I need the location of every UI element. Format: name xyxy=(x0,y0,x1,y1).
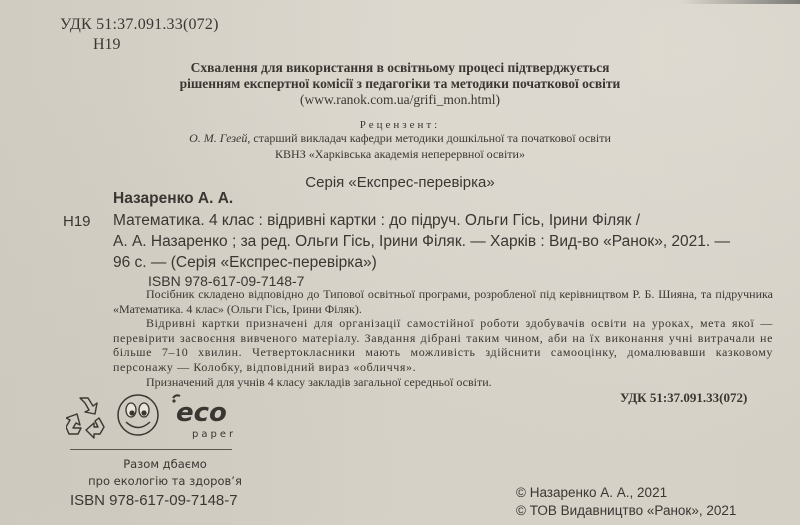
recycle-icon xyxy=(66,398,104,438)
abstract-paragraph: Відривні картки призначені для організац… xyxy=(113,316,773,374)
reviewer-name: О. М. Гезей xyxy=(189,131,247,145)
reviewer-heading: Рецензент: xyxy=(0,119,800,131)
udk-code-bottom: УДК 51:37.091.33(072) xyxy=(620,390,747,406)
abstract-paragraph: Посібник складено відповідно до Типової … xyxy=(113,287,773,316)
copyright-block: © Назаренко А. А., 2021 © ТОВ Видавництв… xyxy=(516,484,736,520)
svg-text:paper: paper xyxy=(192,429,236,440)
approval-line: рішенням експертної комісії з педагогіки… xyxy=(0,76,800,92)
eco-slogan-line: про екологію та здоров’я xyxy=(0,473,330,490)
bbk-code: Н19 xyxy=(93,36,121,54)
abstract: Посібник складено відповідно до Типової … xyxy=(113,287,773,389)
udk-code: УДК 51:37.091.33(072) xyxy=(60,16,219,34)
abstract-paragraph: Призначений для учнів 4 класу закладів з… xyxy=(113,375,773,390)
author-name: Назаренко А. А. xyxy=(113,190,233,208)
page-edge-shadow xyxy=(680,0,800,4)
approval-notice: Схвалення для використання в освітньому … xyxy=(0,60,800,108)
approval-url: (www.ranok.com.ua/grifi_mon.html) xyxy=(0,92,800,108)
svg-text:eco: eco xyxy=(176,398,227,428)
reviewer-line: О. М. Гезей, старший викладач кафедри ме… xyxy=(0,131,800,146)
bibliographic-description: Математика. 4 клас : відривні картки : д… xyxy=(113,210,730,273)
bibliography-code: Н19 xyxy=(63,213,91,230)
eco-paper-logo: eco paper xyxy=(172,395,236,440)
bibliography-line: Математика. 4 клас : відривні картки : д… xyxy=(113,210,730,231)
eco-slogan-line: Разом дбаємо xyxy=(0,456,330,473)
reviewer-institution: КВНЗ «Харківська академія неперервної ос… xyxy=(0,147,800,162)
eco-slogan: Разом дбаємо про екологію та здоров’я xyxy=(0,456,330,490)
copyright-author: © Назаренко А. А., 2021 xyxy=(516,484,736,502)
smiley-face-icon xyxy=(118,395,158,435)
series-title: Серія «Експрес-перевірка» xyxy=(0,174,800,191)
copyright-publisher: © ТОВ Видавництво «Ранок», 2021 xyxy=(516,502,736,520)
logo-divider xyxy=(70,449,232,450)
bibliography-line: 96 с. — (Серія «Експрес-перевірка») xyxy=(113,252,730,273)
isbn-bottom: ISBN 978-617-09-7148-7 xyxy=(70,492,238,509)
approval-line: Схвалення для використання в освітньому … xyxy=(0,60,800,76)
eco-logos: eco paper xyxy=(66,392,251,442)
reviewer-position: , старший викладач кафедри методики дошк… xyxy=(247,131,611,145)
bibliography-line: А. А. Назаренко ; за ред. Ольги Гісь, Ір… xyxy=(113,231,730,252)
